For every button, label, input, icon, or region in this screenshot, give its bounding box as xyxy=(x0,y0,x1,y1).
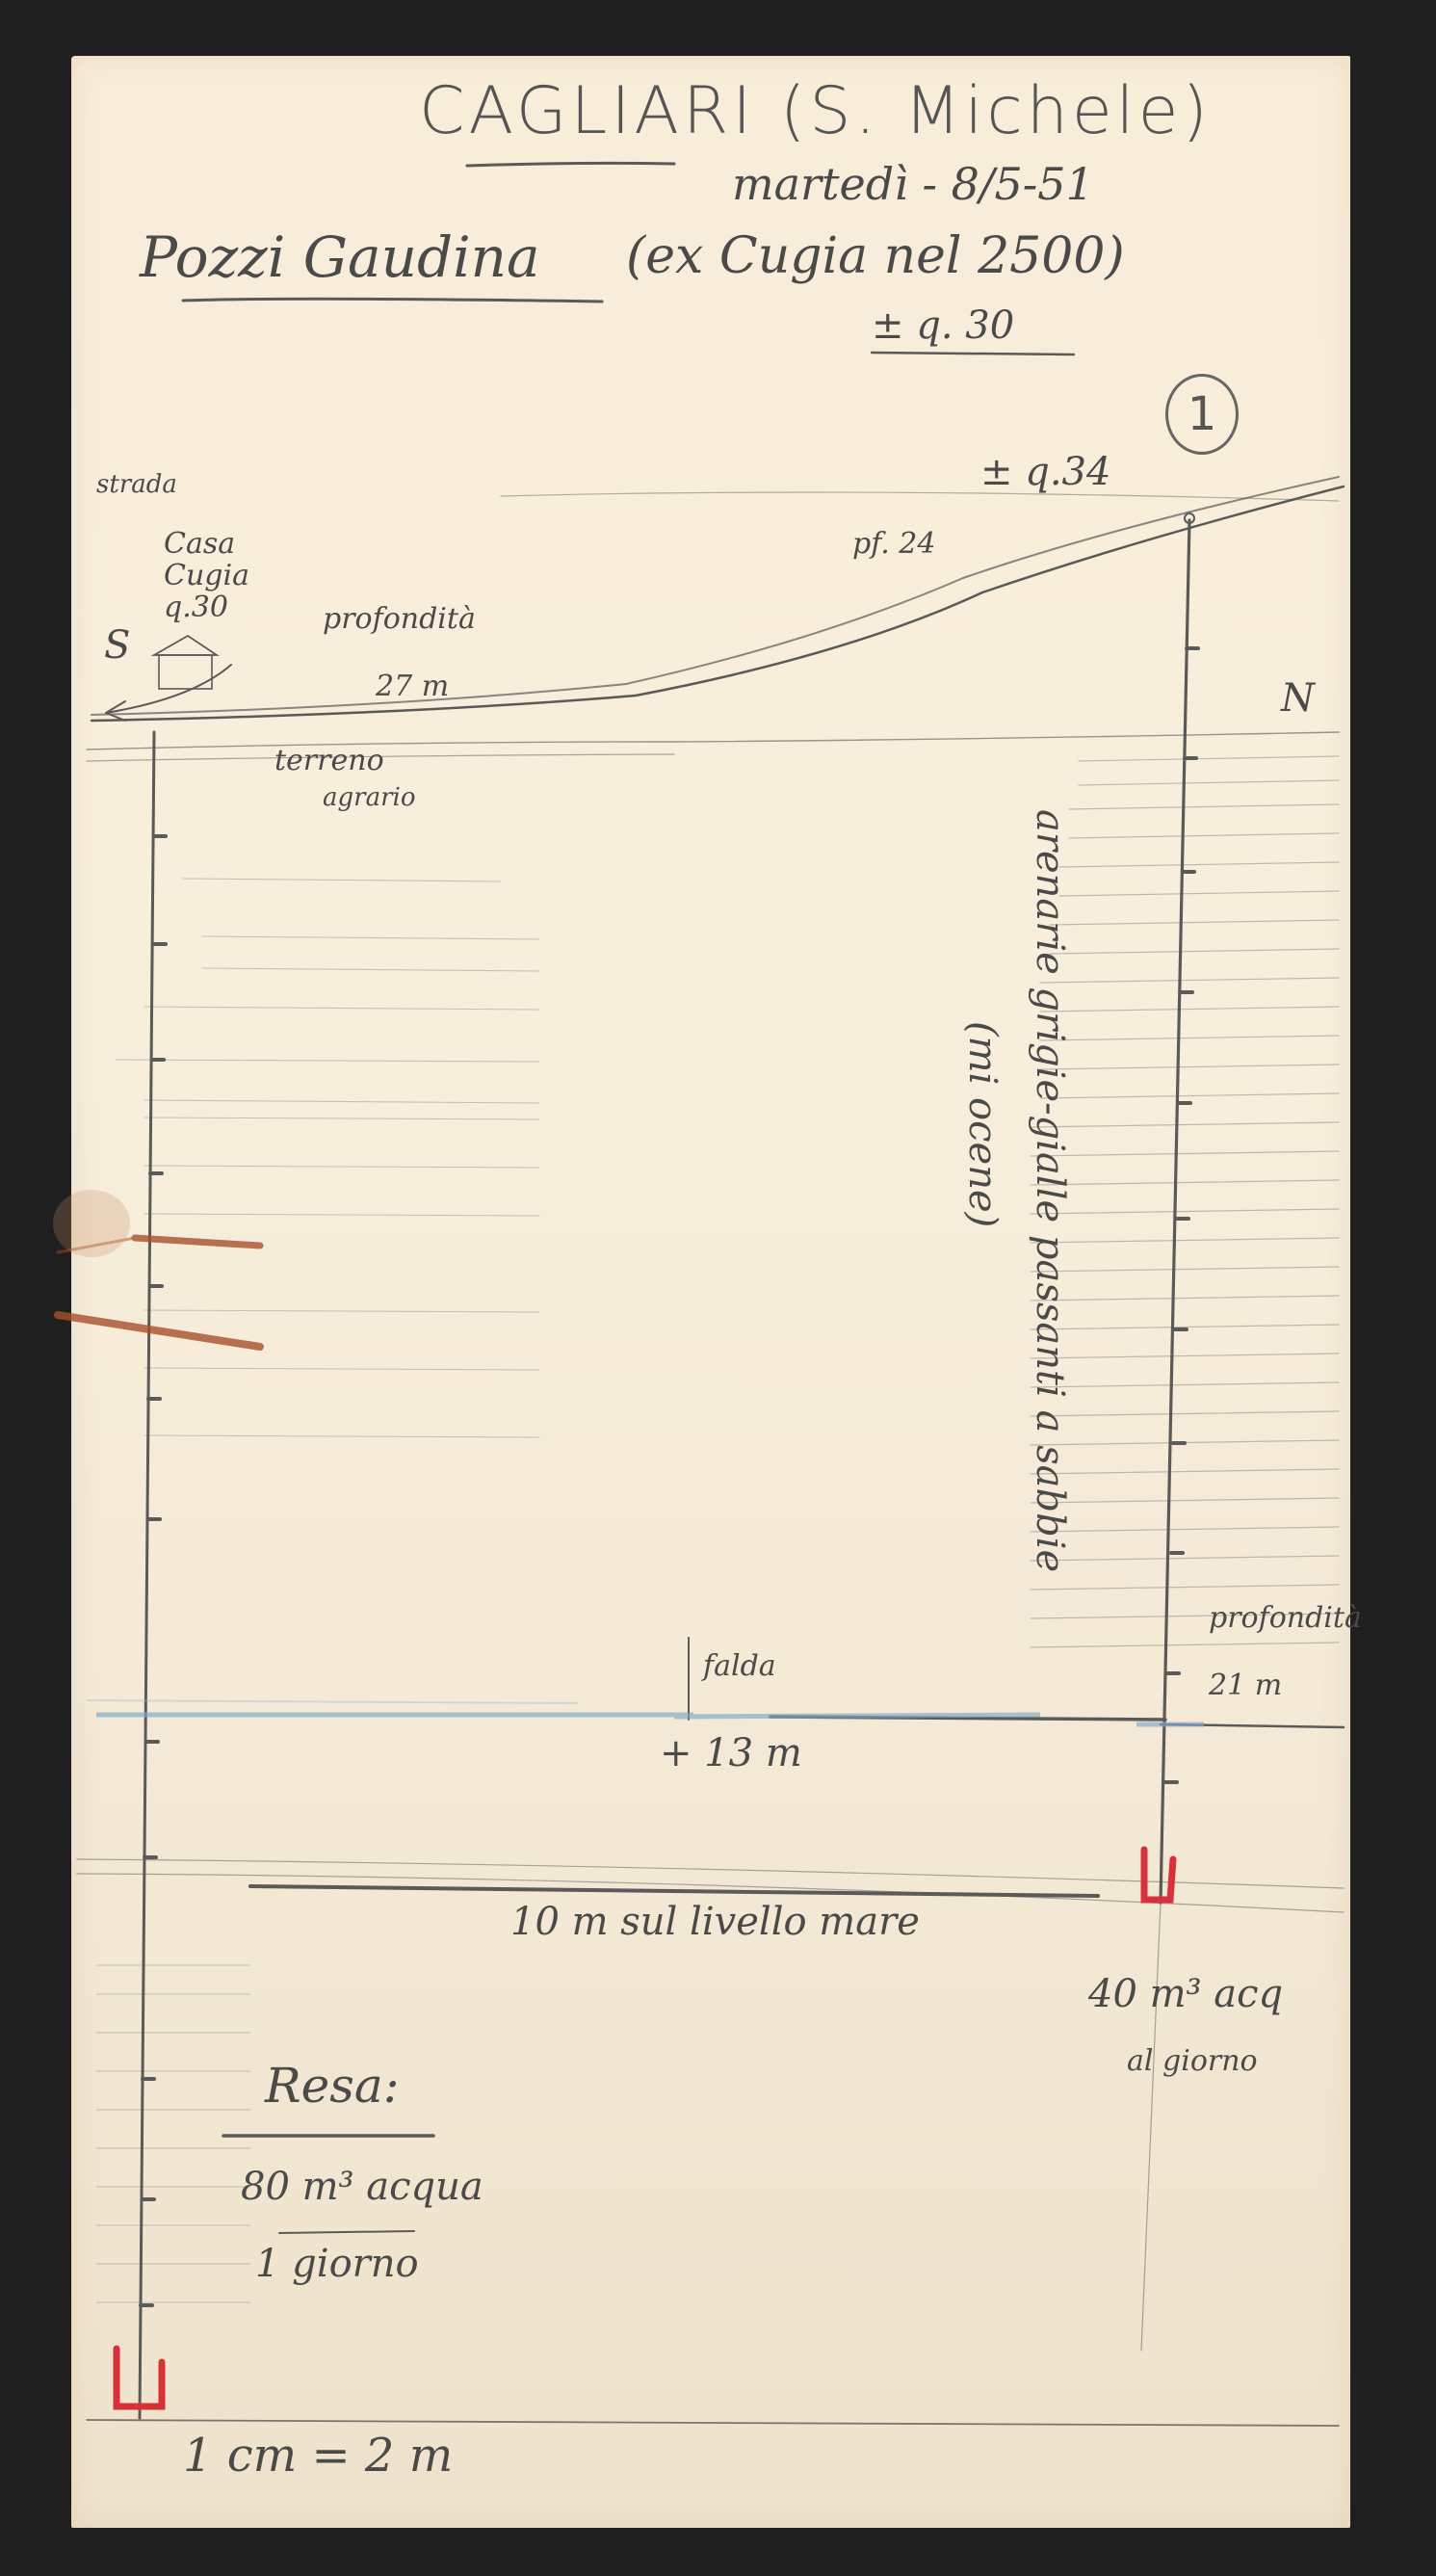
north-marker: N xyxy=(1281,679,1315,718)
sea-level-label: 10 m sul livello mare xyxy=(510,1903,920,1941)
terrain-label-2: agrario xyxy=(323,785,415,810)
strata-paren-label: (mi ocene) xyxy=(963,1021,1002,1227)
elevation-underline xyxy=(872,353,1074,355)
location-title: CAGLIARI (S. Michele) xyxy=(419,79,1212,145)
right-yield-line2: al giorno xyxy=(1127,2047,1258,2076)
falda-label: falda xyxy=(703,1652,776,1681)
left-depth-value: 27 m xyxy=(376,672,449,701)
house-label: Casa Cugia q.30 xyxy=(164,528,279,623)
scale-label: 1 cm = 2 m xyxy=(183,2432,453,2479)
right-yield-line1: 40 m³ acq xyxy=(1088,1975,1283,2013)
right-depth-label: profondità xyxy=(1209,1604,1362,1633)
site-underline xyxy=(183,299,602,302)
left-depth-label: profondità xyxy=(323,605,476,634)
right-depth-value: 21 m xyxy=(1209,1671,1282,1700)
site-title: Pozzi Gaudina xyxy=(140,229,540,285)
elevation-label: ± q. 30 xyxy=(872,306,1014,345)
sheet-number-badge: 1 xyxy=(1165,374,1239,455)
resa-value: 80 m³ acqua xyxy=(241,2168,483,2206)
right-elevation-label: ± q.34 xyxy=(980,453,1110,491)
site-note: (ex Cugia nel 2500) xyxy=(626,231,1125,281)
date-label: martedì - 8/5-51 xyxy=(732,162,1094,206)
strata-label: arenarie grigie-gialle passanti a sabbie xyxy=(1031,809,1069,1572)
street-label: strada xyxy=(96,472,177,497)
falda-depth: + 13 m xyxy=(660,1734,802,1773)
south-marker: S xyxy=(104,626,130,665)
title-underline xyxy=(467,163,674,166)
terrain-label: terreno xyxy=(274,747,384,775)
resa-period: 1 giorno xyxy=(255,2245,419,2283)
resa-title: Resa: xyxy=(265,2062,400,2110)
right-pf-label: pf. 24 xyxy=(852,530,935,559)
